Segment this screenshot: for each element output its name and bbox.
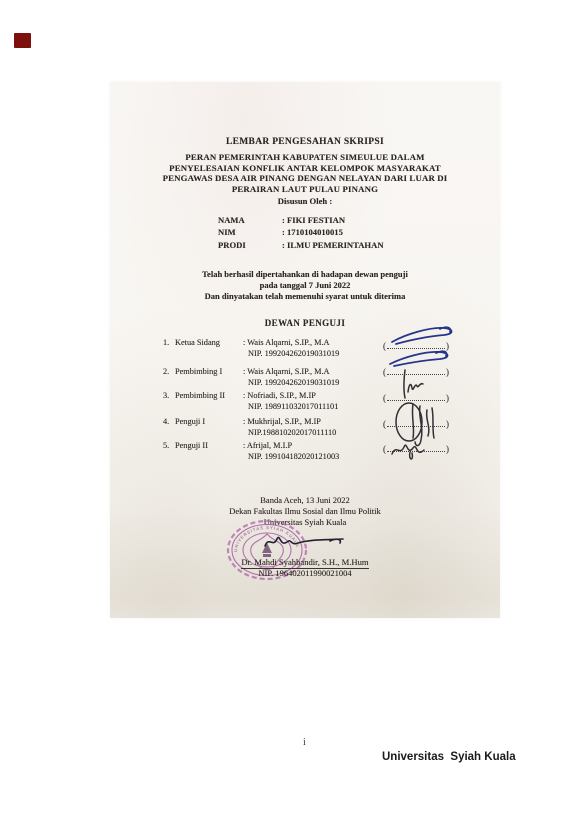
committee-role: Penguji I xyxy=(175,417,205,426)
committee-role: Pembimbing II xyxy=(175,391,225,400)
thesis-title-line: PENGAWAS DESA AIR PINANG DENGAN NELAYAN … xyxy=(110,173,500,184)
committee-number: 3. xyxy=(163,391,175,400)
identity-value: : 1710104010015 xyxy=(282,227,343,237)
footer-brand: Universitas Syiah Kuala xyxy=(382,751,516,763)
identity-value: : ILMU PEMERINTAHAN xyxy=(282,240,384,250)
committee-role: Pembimbing I xyxy=(175,367,222,376)
defense-statement-line: pada tanggal 7 Juni 2022 xyxy=(110,280,500,291)
dean-title: Dekan Fakultas Ilmu Sosial dan Ilmu Poli… xyxy=(110,506,500,516)
committee-name: : Wais Alqarni, S.IP., M.A xyxy=(243,338,330,347)
identity-value: : FIKI FESTIAN xyxy=(282,215,345,225)
identity-label: NIM xyxy=(218,227,236,237)
annotation-marker xyxy=(14,33,31,48)
identity-label: NAMA xyxy=(218,215,245,225)
committee-name: : Afrijal, M.I.P xyxy=(243,441,292,450)
prepared-by-label: Disusun Oleh : xyxy=(110,196,500,206)
dean-signature-ink xyxy=(260,530,355,556)
committee-nip: NIP. 199104182020121003 xyxy=(248,452,339,461)
defense-statement-line: Dan dinyatakan telah memenuhi syarat unt… xyxy=(110,291,500,302)
committee-role: Ketua Sidang xyxy=(175,338,220,347)
dean-nip: NIP. 196402011990021004 xyxy=(110,568,500,578)
signature-ink-4 xyxy=(396,403,434,446)
signature-ink-5 xyxy=(392,445,424,459)
signature-ink-2 xyxy=(390,351,448,366)
committee-name: : Nofriadi, S.IP., M.IP xyxy=(243,391,316,400)
committee-nip: NIP. 198911032017011101 xyxy=(248,402,338,411)
committee-number: 4. xyxy=(163,417,175,426)
page-number: i xyxy=(303,737,306,748)
signature-ink-1 xyxy=(392,327,452,344)
defense-statement-line: Telah berhasil dipertahankan di hadapan … xyxy=(110,269,500,280)
committee-name: : Mukhrijal, S.IP., M.IP xyxy=(243,417,321,426)
thesis-title: PERAN PEMERINTAH KABUPATEN SIMEULUE DALA… xyxy=(110,152,500,194)
signature-ink-3 xyxy=(404,370,423,398)
scanned-document-page: LEMBAR PENGESAHAN SKRIPSI PERAN PEMERINT… xyxy=(110,82,500,618)
defense-statement: Telah berhasil dipertahankan di hadapan … xyxy=(110,269,500,303)
document-heading: LEMBAR PENGESAHAN SKRIPSI xyxy=(110,137,500,147)
committee-nip: NIP. 199204262019031019 xyxy=(248,349,339,358)
committee-nip: NIP. 199204262019031019 xyxy=(248,378,339,387)
committee-role: Penguji II xyxy=(175,441,208,450)
identity-label: PRODI xyxy=(218,240,246,250)
committee-name: : Wais Alqarni, S.IP., M.A xyxy=(243,367,330,376)
committee-signatures-ink xyxy=(380,320,475,470)
page-background: LEMBAR PENGESAHAN SKRIPSI PERAN PEMERINT… xyxy=(0,0,579,819)
committee-number: 5. xyxy=(163,441,175,450)
thesis-title-line: PERAIRAN LAUT PULAU PINANG xyxy=(110,184,500,195)
thesis-title-line: PENYELESAIAN KONFLIK ANTAR KELOMPOK MASY… xyxy=(110,163,500,174)
committee-number: 1. xyxy=(163,338,175,347)
place-date: Banda Aceh, 13 Juni 2022 xyxy=(110,495,500,505)
thesis-title-line: PERAN PEMERINTAH KABUPATEN SIMEULUE DALA… xyxy=(110,152,500,163)
dean-name: Dr. Mahdi Syahbandir, S.H., M.Hum xyxy=(110,557,500,567)
committee-number: 2. xyxy=(163,367,175,376)
committee-nip: NIP.198810202017011110 xyxy=(248,428,336,437)
